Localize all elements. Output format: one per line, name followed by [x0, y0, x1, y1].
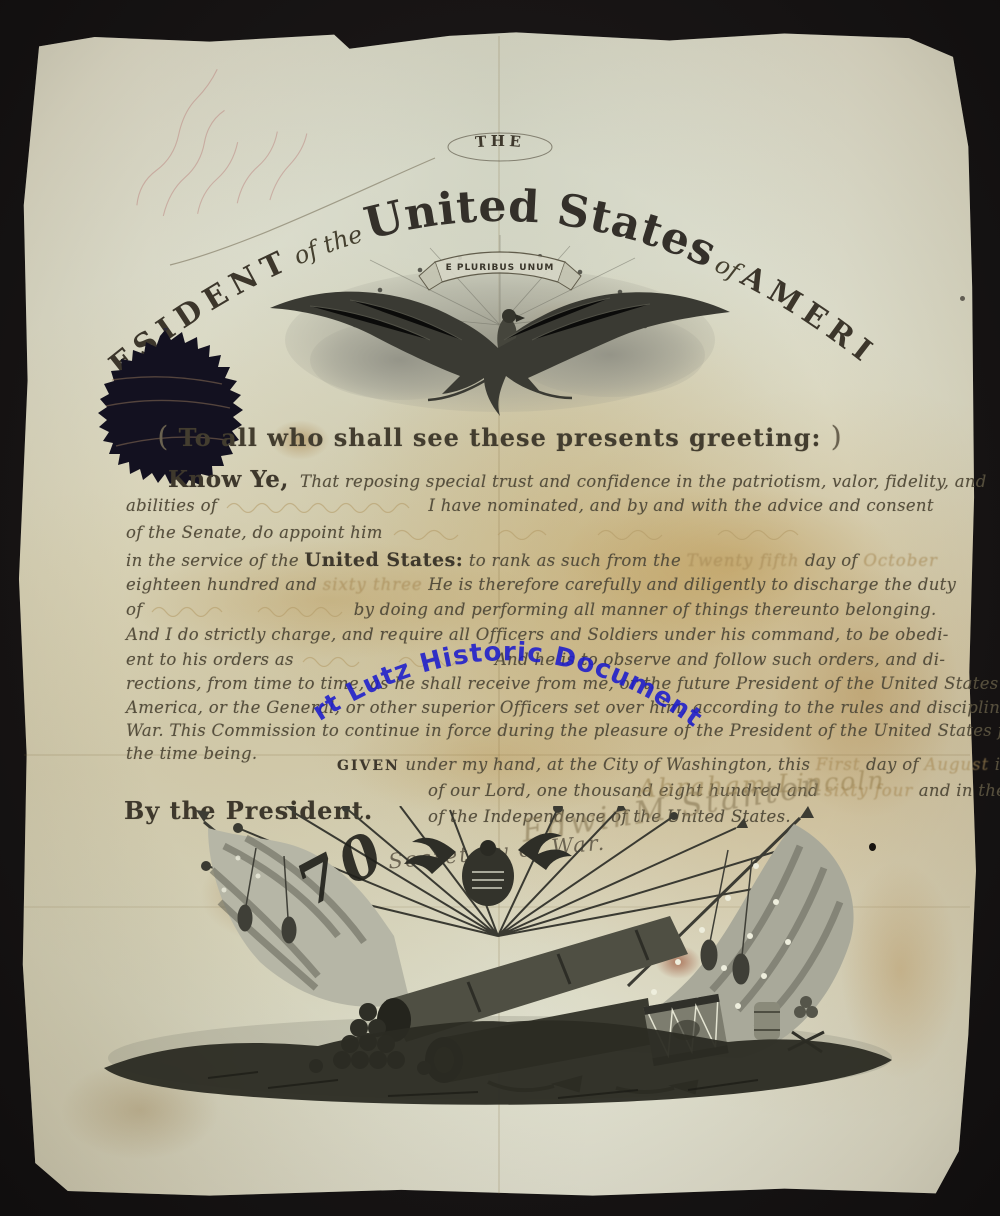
- body-line: ent to his orders as And he is to observ…: [126, 650, 945, 669]
- faded-handwriting-rank: [388, 526, 818, 540]
- flourish-close: ): [831, 420, 843, 453]
- body-line: War. This Commission to continue in forc…: [126, 721, 1000, 740]
- faded-handwriting-name: [223, 499, 423, 513]
- body-line: And I do strictly charge, and require al…: [126, 625, 949, 644]
- eagle-engraving: E PLURIBUS UNUM: [250, 230, 750, 420]
- greeting-line: ( To all who shall see these presents gr…: [0, 420, 1000, 453]
- united-states-blackletter: United States:: [305, 549, 464, 571]
- wafer-seal: /* star generated below */: [82, 328, 248, 486]
- body-line: of by doing and performing all manner of…: [126, 600, 937, 619]
- faded-handwriting-year: sixty three: [323, 575, 423, 594]
- body-line: abilities of I have nominated, and by an…: [126, 496, 934, 515]
- given-word: GIVEN: [337, 758, 400, 774]
- body-line: in the service of the United States: to …: [126, 549, 938, 571]
- know-ye: Know Ye,: [168, 466, 289, 493]
- motto-text: E PLURIBUS UNUM: [446, 263, 555, 273]
- faded-handwriting-given-month: August: [924, 755, 989, 774]
- faded-handwriting-month: October: [863, 551, 938, 570]
- body-line: rections, from time to time, as he shall…: [126, 674, 1000, 693]
- body-line: of the Senate, do appoint him: [126, 523, 818, 542]
- trophy-vignette: [88, 806, 912, 1106]
- body-line: the time being.: [126, 744, 257, 763]
- faded-handwriting-day: Twenty fifth: [687, 551, 800, 570]
- faded-handwriting-rank: [299, 653, 489, 667]
- photograph: THE PRESIDENT of the United States of AM…: [0, 0, 1000, 1216]
- faded-handwriting-rank: [148, 603, 348, 617]
- body-line: America, or the General, or other superi…: [126, 698, 1000, 717]
- flourish-open: (: [157, 420, 169, 453]
- body-line: eighteen hundred and sixty three He is t…: [126, 575, 956, 594]
- title-the-text: THE: [475, 132, 526, 151]
- body-line: Know Ye, That reposing special trust and…: [168, 466, 987, 493]
- seal-ribbon-stub: [165, 328, 171, 330]
- given-line: GIVEN under my hand, at the City of Wash…: [337, 755, 1000, 774]
